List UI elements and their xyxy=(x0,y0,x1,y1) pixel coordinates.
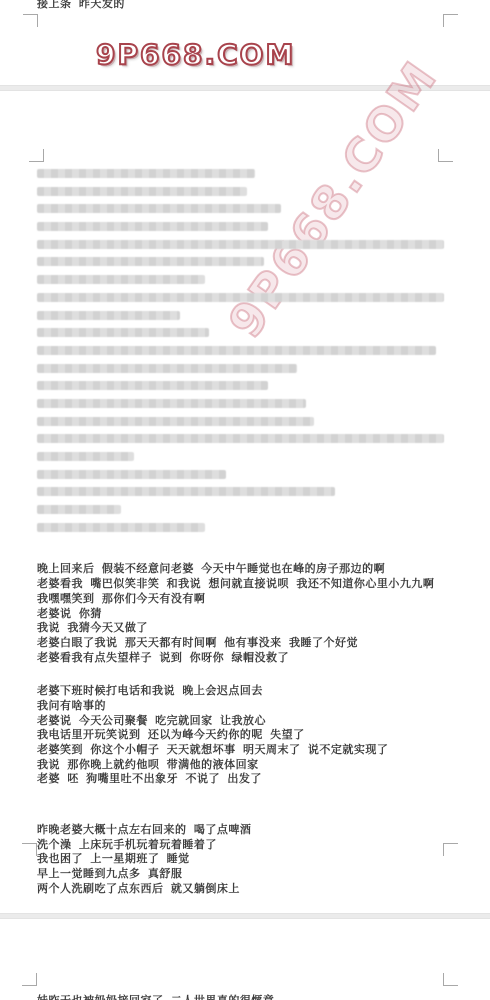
redacted-bar xyxy=(37,169,255,178)
redacted-text-line xyxy=(37,434,457,449)
redacted-bar xyxy=(37,257,264,266)
redacted-text-line xyxy=(37,399,457,414)
story-line: 老婆说 你猜 xyxy=(37,607,457,622)
page-separator xyxy=(0,913,490,919)
redacted-text-line xyxy=(37,452,457,467)
story-line: 我嘿嘿笑到 那你们今天有没有啊 xyxy=(37,592,457,607)
clipped-next-line: 娃昨天也被奶奶接回家了 二人世界真的很惬意 xyxy=(37,992,274,1000)
redacted-text-line xyxy=(37,505,457,520)
redacted-bar xyxy=(37,523,205,532)
redacted-text-line xyxy=(37,470,457,485)
redacted-text-line xyxy=(37,346,457,361)
redacted-text-line xyxy=(37,523,457,538)
story-line: 洗个澡 上床玩手机玩着玩着睡着了 xyxy=(37,838,457,853)
redacted-bar xyxy=(37,452,134,461)
story-paragraph: 晚上回来后 假装不经意问老婆 今天中午睡觉也在峰的房子那边的啊老婆看我 嘴巴似笑… xyxy=(37,562,457,665)
redacted-bar xyxy=(37,311,180,320)
crop-mark-icon xyxy=(29,149,44,162)
story-line: 老婆看我 嘴巴似笑非笑 和我说 想问就直接说呗 我还不知道你心里小九九啊 xyxy=(37,577,457,592)
page-separator xyxy=(0,85,490,91)
redacted-paragraph xyxy=(37,169,457,537)
story-line: 老婆笑到 你这个小帽子 天天就想坏事 明天周末了 说不定就实现了 xyxy=(37,743,457,758)
crop-mark-icon xyxy=(443,973,458,986)
redacted-bar xyxy=(37,434,444,443)
crop-mark-icon xyxy=(22,973,37,986)
story-line: 老婆白眼了我说 那天天都有时间啊 他有事没来 我睡了个好觉 xyxy=(37,636,457,651)
redacted-bar xyxy=(37,470,226,479)
story-paragraph: 老婆下班时候打电话和我说 晚上会迟点回去我问有啥事的老婆说 今天公司聚餐 吃完就… xyxy=(37,684,457,787)
story-paragraph: 昨晚老婆大概十点左右回来的 喝了点啤酒洗个澡 上床玩手机玩着玩着睡着了我也困了 … xyxy=(37,823,457,896)
redacted-text-line xyxy=(37,487,457,502)
redacted-bar xyxy=(37,187,247,196)
crop-mark-icon xyxy=(443,14,458,27)
story-line: 老婆下班时候打电话和我说 晚上会迟点回去 xyxy=(37,684,457,699)
story-line: 我也困了 上一星期班了 睡觉 xyxy=(37,852,457,867)
redacted-text-line xyxy=(37,311,457,326)
redacted-text-line xyxy=(37,275,457,290)
redacted-bar xyxy=(37,240,444,249)
story-line: 两个人洗刷吃了点东西后 就又躺倒床上 xyxy=(37,882,457,897)
story-line: 晚上回来后 假装不经意问老婆 今天中午睡觉也在峰的房子那边的啊 xyxy=(37,562,457,577)
redacted-text-line xyxy=(37,169,457,184)
story-line: 早上一觉睡到九点多 真舒服 xyxy=(37,867,457,882)
story-line: 我说 那你晚上就约他呗 带满他的液体回家 xyxy=(37,758,457,773)
redacted-bar xyxy=(37,204,281,213)
clipped-previous-line: 接上条 昨天发的 xyxy=(37,0,125,11)
crop-mark-icon xyxy=(438,149,453,162)
redacted-bar xyxy=(37,505,121,514)
redacted-bar xyxy=(37,399,306,408)
redacted-text-line xyxy=(37,257,457,272)
crop-mark-icon xyxy=(23,14,38,27)
crop-mark-icon xyxy=(22,843,37,856)
redacted-text-line xyxy=(37,364,457,379)
story-line: 老婆看我有点失望样子 说到 你呀你 绿帽没救了 xyxy=(37,651,457,666)
redacted-text-line xyxy=(37,240,457,255)
redacted-bar xyxy=(37,293,444,302)
redacted-text-line xyxy=(37,293,457,308)
document-viewport: 接上条 昨天发的 9P668.COM 9P668.COM 晚上回来后 假装不经意… xyxy=(0,0,490,1000)
redacted-text-line xyxy=(37,204,457,219)
redacted-bar xyxy=(37,328,209,337)
redacted-bar xyxy=(37,346,436,355)
story-line: 老婆 呸 狗嘴里吐不出象牙 不说了 出发了 xyxy=(37,772,457,787)
story-line: 我问有啥事的 xyxy=(37,699,457,714)
redacted-bar xyxy=(37,222,268,231)
crop-mark-icon xyxy=(443,843,458,856)
redacted-text-line xyxy=(37,328,457,343)
story-text: 晚上回来后 假装不经意问老婆 今天中午睡觉也在峰的房子那边的啊老婆看我 嘴巴似笑… xyxy=(37,166,457,897)
redacted-text-line xyxy=(37,187,457,202)
redacted-bar xyxy=(37,364,297,373)
redacted-bar xyxy=(37,417,314,426)
redacted-text-line xyxy=(37,222,457,237)
story-line: 老婆说 今天公司聚餐 吃完就回家 让我放心 xyxy=(37,714,457,729)
redacted-bar xyxy=(37,487,335,496)
story-line: 昨晚老婆大概十点左右回来的 喝了点啤酒 xyxy=(37,823,457,838)
redacted-text-line xyxy=(37,381,457,396)
redacted-text-line xyxy=(37,417,457,432)
site-watermark-banner: 9P668.COM xyxy=(96,38,295,71)
redacted-bar xyxy=(37,275,205,284)
redacted-bar xyxy=(37,381,268,390)
story-line: 我说 我猜今天又做了 xyxy=(37,621,457,636)
story-line: 我电话里开玩笑说到 还以为峰今天约你的呢 失望了 xyxy=(37,728,457,743)
